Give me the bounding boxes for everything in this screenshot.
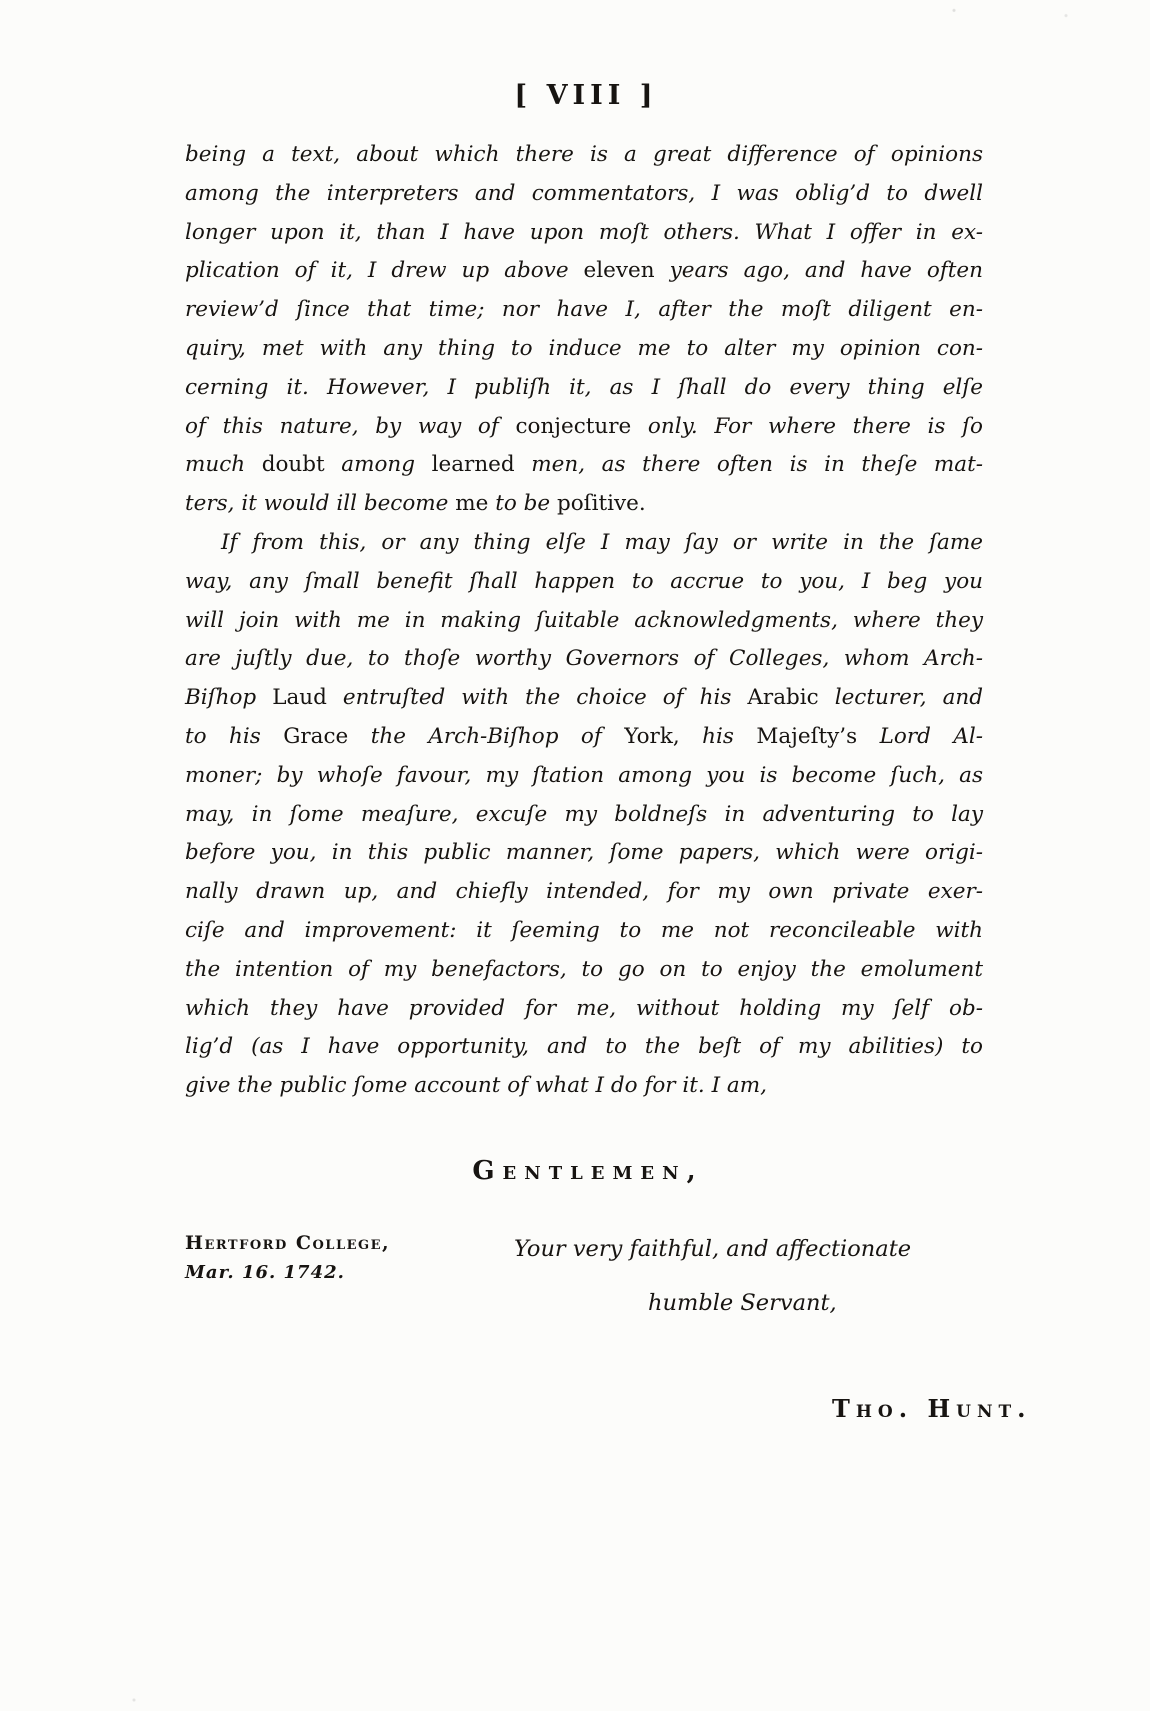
text-line: ters, it would ill become me to be poſit… <box>185 485 983 524</box>
italic-text-segment: to his <box>185 724 283 749</box>
roman-text-segment: Laud <box>272 685 327 710</box>
italic-text-segment: to be <box>488 491 557 516</box>
valediction-line-2: humble Servant, <box>648 1290 837 1316</box>
italic-text-segment: years ago, and have often <box>655 258 983 283</box>
text-line: moner; by whoſe favour, my ſtation among… <box>185 757 983 796</box>
italic-text-segment: which they have provided for me, without… <box>185 996 983 1021</box>
letter-body: being a text, about which there is a gre… <box>185 136 983 1106</box>
italic-text-segment: among the interpreters and commentators,… <box>185 181 983 206</box>
salutation: Gentlemen, <box>0 1156 1150 1186</box>
text-line: may, in ſome meaſure, excuſe my boldneſs… <box>185 796 983 835</box>
roman-text-segment: doubt <box>262 452 325 477</box>
text-line: being a text, about which there is a gre… <box>185 136 983 175</box>
italic-text-segment: ciſe and improvement: it ſeeming to me n… <box>185 918 983 943</box>
italic-text-segment: Lord Al- <box>857 724 983 749</box>
italic-text-segment: being a text, about which there is a gre… <box>185 142 983 167</box>
roman-text-segment: York, <box>624 724 679 749</box>
italic-text-segment: of this nature, by way of <box>185 414 515 439</box>
italic-text-segment: the Arch-Biſhop of <box>348 724 624 749</box>
italic-text-segment: Biſhop <box>185 685 272 710</box>
italic-text-segment: his <box>680 724 757 749</box>
text-line: lig’d (as I have opportunity, and to the… <box>185 1028 983 1067</box>
italic-text-segment: give the public ſome account of what I d… <box>185 1073 767 1098</box>
italic-text-segment: only. For where there is ſo <box>631 414 983 439</box>
text-line: of this nature, by way of conjecture onl… <box>185 408 983 447</box>
italic-text-segment: men, as there often is in theſe mat- <box>515 452 983 477</box>
text-line: cerning it. However, I publiſh it, as I … <box>185 369 983 408</box>
text-line: quiry, met with any thing to induce me t… <box>185 330 983 369</box>
text-line: Biſhop Laud entruſted with the choice of… <box>185 679 983 718</box>
roman-text-segment: Majeſty’s <box>756 724 857 749</box>
italic-text-segment: entruſted with the choice of his <box>327 685 747 710</box>
book-page: [ VIII ] being a text, about which there… <box>0 0 1150 1711</box>
signature: Tho. Hunt. <box>832 1394 1032 1423</box>
italic-text-segment: moner; by whoſe favour, my ſtation among… <box>185 763 983 788</box>
italic-text-segment: much <box>185 452 262 477</box>
italic-text-segment: quiry, met with any thing to induce me t… <box>185 336 983 361</box>
italic-text-segment: plication of it, I drew up above <box>185 258 584 283</box>
italic-text-segment: lecturer, and <box>819 685 983 710</box>
text-line: much doubt among learned men, as there o… <box>185 446 983 485</box>
place-line: Hertford College, <box>185 1232 390 1254</box>
italic-text-segment: are juſtly due, to thoſe worthy Governor… <box>185 646 983 671</box>
text-line: give the public ſome account of what I d… <box>185 1067 983 1106</box>
italic-text-segment: may, in ſome meaſure, excuſe my boldneſs… <box>185 802 983 827</box>
italic-text-segment: the intention of my benefactors, to go o… <box>185 957 983 982</box>
text-line: to his Grace the Arch-Biſhop of York, hi… <box>185 718 983 757</box>
italic-text-segment: lig’d (as I have opportunity, and to the… <box>185 1034 983 1059</box>
roman-text-segment: eleven <box>584 258 655 283</box>
roman-text-segment: Grace <box>283 724 348 749</box>
italic-text-segment: review’d ſince that time; nor have I, af… <box>185 297 983 322</box>
italic-text-segment: among <box>325 452 432 477</box>
text-line: the intention of my benefactors, to go o… <box>185 951 983 990</box>
italic-text-segment: way, any ſmall benefit ſhall happen to a… <box>185 569 983 594</box>
italic-text-segment: cerning it. However, I publiſh it, as I … <box>185 375 983 400</box>
italic-text-segment: will join with me in making ſuitable ack… <box>185 608 983 633</box>
text-line: If from this, or any thing elſe I may ſa… <box>185 524 983 563</box>
italic-text-segment: If from this, or any thing elſe I may ſa… <box>221 530 983 555</box>
italic-text-segment: before you, in this public manner, ſome … <box>185 840 983 865</box>
text-line: will join with me in making ſuitable ack… <box>185 602 983 641</box>
text-line: before you, in this public manner, ſome … <box>185 834 983 873</box>
text-line: among the interpreters and commentators,… <box>185 175 983 214</box>
text-line: longer upon it, than I have upon moſt ot… <box>185 214 983 253</box>
text-line: ciſe and improvement: it ſeeming to me n… <box>185 912 983 951</box>
valediction-line-1: Your very faithful, and affectionate <box>514 1236 911 1262</box>
text-line: which they have provided for me, without… <box>185 990 983 1029</box>
roman-text-segment: me <box>455 491 488 516</box>
italic-text-segment: nally drawn up, and chiefly intended, fo… <box>185 879 983 904</box>
text-line: review’d ſince that time; nor have I, af… <box>185 291 983 330</box>
roman-text-segment: conjecture <box>515 414 631 439</box>
roman-text-segment: Arabic <box>747 685 818 710</box>
text-line: plication of it, I drew up above eleven … <box>185 252 983 291</box>
roman-text-segment: learned <box>432 452 515 477</box>
text-line: are juſtly due, to thoſe worthy Governor… <box>185 640 983 679</box>
text-line: way, any ſmall benefit ſhall happen to a… <box>185 563 983 602</box>
date-line: Mar. 16. 1742. <box>185 1262 345 1283</box>
roman-text-segment: poſitive. <box>557 491 646 516</box>
italic-text-segment: ters, it would ill become <box>185 491 455 516</box>
text-line: nally drawn up, and chiefly intended, fo… <box>185 873 983 912</box>
italic-text-segment: longer upon it, than I have upon moſt ot… <box>185 220 983 245</box>
page-number: [ VIII ] <box>0 80 1150 111</box>
